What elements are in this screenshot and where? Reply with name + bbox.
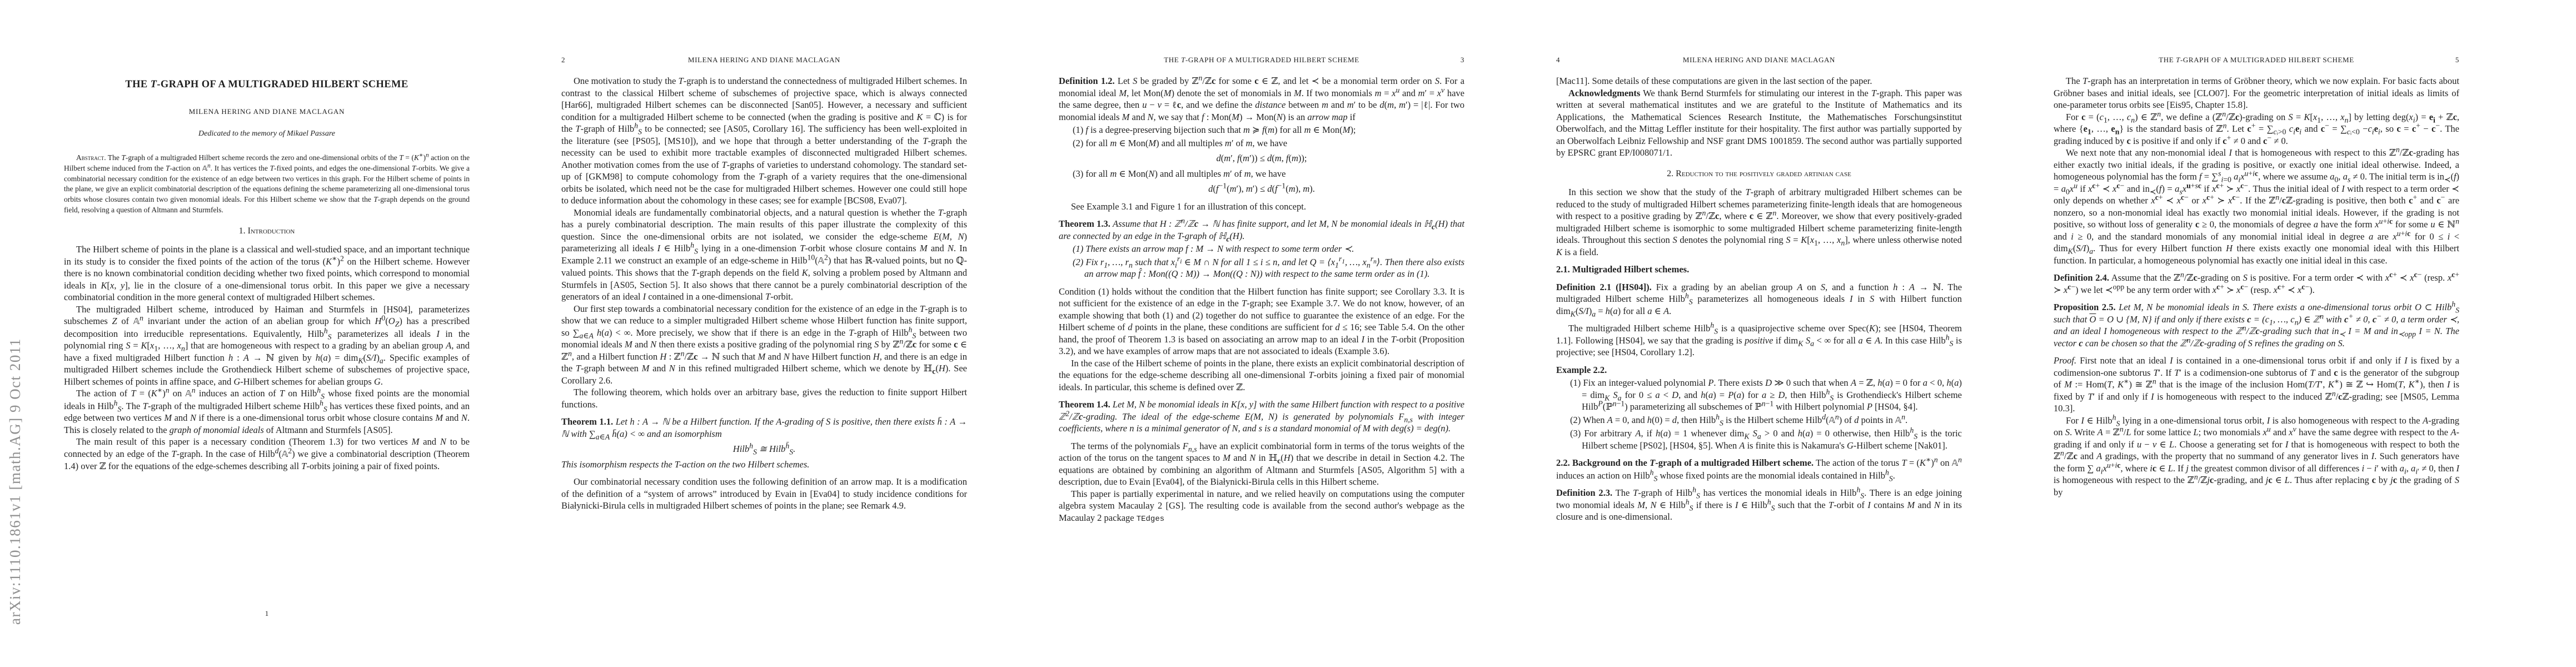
paragraph: This paper is partially experimental in … bbox=[1059, 488, 1464, 526]
subsection-heading-2-1: 2.1. Multigraded Hilbert schemes. bbox=[1556, 263, 1962, 276]
page-number: 2 bbox=[561, 56, 565, 64]
paragraph: Monomial ideals are fundamentally combin… bbox=[561, 207, 967, 303]
example-2-2: Example 2.2. (1) Fix an integer-valued p… bbox=[1556, 364, 1962, 452]
theorem-label: Theorem 1.1. bbox=[561, 416, 613, 427]
theorem-label: Theorem 1.4. bbox=[1059, 399, 1110, 410]
list-item: (2) for all m ∈ Mon(M) and all multiples… bbox=[1059, 137, 1464, 150]
paragraph: For c = (c1, …, cn) ∈ ℤn, we define a (ℤ… bbox=[2054, 111, 2459, 147]
authors: MILENA HERING AND DIANE MACLAGAN bbox=[64, 107, 470, 116]
paragraph: [Mac11]. Some details of these computati… bbox=[1556, 75, 1962, 87]
page-footer-number: 1 bbox=[64, 609, 470, 618]
theorem-1-4: Theorem 1.4. Let M, N be monomial ideals… bbox=[1059, 399, 1464, 435]
definition-2-3: Definition 2.3. The T-graph of HilbhS ha… bbox=[1556, 487, 1962, 523]
definition-1-2: Definition 1.2. Let S be graded by ℤn/ℤc… bbox=[1059, 75, 1464, 195]
display-formula: d(f−1(m′), m′) ≤ d(f−1(m), m). bbox=[1059, 183, 1464, 195]
paragraph: The Hilbert scheme of points in the plan… bbox=[64, 243, 470, 303]
theorem-label: Theorem 1.3. bbox=[1059, 218, 1110, 229]
theorem-1-3: Theorem 1.3. Assume that H : ℤn/ℤc → ℕ h… bbox=[1059, 218, 1464, 280]
paragraph: The action of T = (K∗)n on 𝔸n induces an… bbox=[64, 387, 470, 436]
paragraph: Our first step towards a combinatorial n… bbox=[561, 303, 967, 387]
page-1: THE T-GRAPH OF A MULTIGRADED HILBERT SCH… bbox=[64, 0, 470, 667]
subsection-2-2-paragraph: 2.2. Background on the T-graph of a mult… bbox=[1556, 457, 1962, 481]
paragraph: In this section we show that the study o… bbox=[1556, 186, 1962, 258]
definition-label: Definition 2.1 ([HS04]). bbox=[1556, 282, 1652, 292]
page-5: THE T-GRAPH OF A MULTIGRADED HILBERT SCH… bbox=[2054, 0, 2459, 667]
definition-body: Assume that the ℤn/ℤc-grading on S is po… bbox=[2054, 272, 2459, 295]
paragraph: Our combinatorial necessary condition us… bbox=[561, 476, 967, 512]
paragraph: See Example 3.1 and Figure 1 for an illu… bbox=[1059, 201, 1464, 213]
page-number: 5 bbox=[2455, 56, 2459, 64]
page-number: 3 bbox=[1461, 56, 1464, 64]
list-item: (1) There exists an arrow map f : M → N … bbox=[1059, 243, 1464, 255]
paragraph: We next note that any non-monomial ideal… bbox=[2054, 147, 2459, 266]
section-heading-introduction: 1. Introduction bbox=[64, 225, 470, 237]
proposition-2-5: Proposition 2.5. Let M, N be monomial id… bbox=[2054, 301, 2459, 349]
page-title: THE T-GRAPH OF A MULTIGRADED HILBERT SCH… bbox=[64, 79, 470, 91]
running-head: MILENA HERING AND DIANE MACLAGAN bbox=[1556, 56, 1962, 64]
paragraph: One motivation to study the T-graph is t… bbox=[561, 75, 967, 207]
page-2: 2 MILENA HERING AND DIANE MACLAGAN One m… bbox=[561, 0, 967, 667]
page-number: 4 bbox=[1556, 56, 1560, 64]
theorem-body: Let M, N be monomial ideals in K[x, y] w… bbox=[1059, 399, 1464, 434]
dedication: Dedicated to the memory of Mikael Passar… bbox=[64, 130, 470, 138]
list-item: (1) Fix an integer-valued polynomial P. … bbox=[1556, 377, 1962, 413]
paragraph: The terms of the polynomials Fn,s have a… bbox=[1059, 440, 1464, 488]
list-item: (2) Fix r1, …, rn such that xiri ∈ M ∩ N… bbox=[1059, 256, 1464, 280]
theorem-remark: This isomorphism respects the T-action o… bbox=[561, 459, 967, 471]
example-label: Example 2.2. bbox=[1556, 365, 1607, 375]
paragraph: The following theorem, which holds over … bbox=[561, 386, 967, 410]
definition-2-4: Definition 2.4. Assume that the ℤn/ℤc-gr… bbox=[2054, 272, 2459, 296]
theorem-body: Assume that H : ℤn/ℤc → ℕ has finite sup… bbox=[1059, 218, 1464, 241]
running-head: THE T-GRAPH OF A MULTIGRADED HILBERT SCH… bbox=[2054, 56, 2459, 64]
list-item: (1) f is a degree-preserving bijection s… bbox=[1059, 124, 1464, 136]
paragraph: For I ∈ HilbhS lying in a one-dimensiona… bbox=[2054, 415, 2459, 499]
proof-paragraph: Proof. First note that an ideal I is con… bbox=[2054, 355, 2459, 415]
running-head: MILENA HERING AND DIANE MACLAGAN bbox=[561, 56, 967, 64]
definition-label: Definition 2.3. bbox=[1556, 487, 1612, 498]
display-formula: d(m′, f(m′)) ≤ d(m, f(m)); bbox=[1059, 152, 1464, 165]
paragraph-acknowledgments: Acknowledgments We thank Bernd Sturmfels… bbox=[1556, 87, 1962, 159]
running-head: THE T-GRAPH OF A MULTIGRADED HILBERT SCH… bbox=[1059, 56, 1464, 64]
definition-label: Definition 2.4. bbox=[2054, 272, 2109, 283]
page-4: 4 MILENA HERING AND DIANE MACLAGAN [Mac1… bbox=[1556, 0, 1962, 667]
theorem-1-1: Theorem 1.1. Let h : A → ℕ be a Hilbert … bbox=[561, 416, 967, 470]
paragraph: In the case of the Hilbert scheme of poi… bbox=[1059, 357, 1464, 394]
list-item: (3) for all m ∈ Mon(N) and all multiples… bbox=[1059, 168, 1464, 180]
section-heading-reduction: 2. Reduction to the positively graded ar… bbox=[1556, 168, 1962, 180]
abstract: Abstract. The T-graph of a multigraded H… bbox=[64, 153, 470, 216]
display-formula: HilbhS ≅ Hilbh̄S. bbox=[561, 443, 967, 455]
list-item: (3) For arbitrary A, if h(a) = 1 wheneve… bbox=[1556, 427, 1962, 451]
paragraph: The multigraded Hilbert scheme HilbhS is… bbox=[1556, 322, 1962, 359]
definition-body: Let S be graded by ℤn/ℤc for some c ∈ ℤ,… bbox=[1059, 76, 1464, 122]
paragraph: The T-graph has an interpretation in ter… bbox=[2054, 75, 2459, 111]
arxiv-stamp: arXiv:1110.1861v1 [math.AG] 9 Oct 2011 bbox=[7, 338, 24, 625]
page-3: THE T-GRAPH OF A MULTIGRADED HILBERT SCH… bbox=[1059, 0, 1464, 667]
paragraph: Condition (1) holds without the conditio… bbox=[1059, 286, 1464, 357]
paragraph: The main result of this paper is a neces… bbox=[64, 436, 470, 472]
definition-label: Definition 1.2. bbox=[1059, 76, 1115, 86]
list-item: (2) When A = 0, and h(0) = d, then Hilbh… bbox=[1556, 414, 1962, 427]
paragraph: The multigraded Hilbert scheme, introduc… bbox=[64, 303, 470, 388]
theorem-body: Let h : A → ℕ be a Hilbert function. If … bbox=[561, 416, 967, 439]
proposition-label: Proposition 2.5. bbox=[2054, 302, 2116, 312]
definition-body: The T-graph of HilbhS has vertices the m… bbox=[1556, 487, 1962, 522]
definition-2-1: Definition 2.1 ([HS04]). Fix a grading b… bbox=[1556, 281, 1962, 317]
